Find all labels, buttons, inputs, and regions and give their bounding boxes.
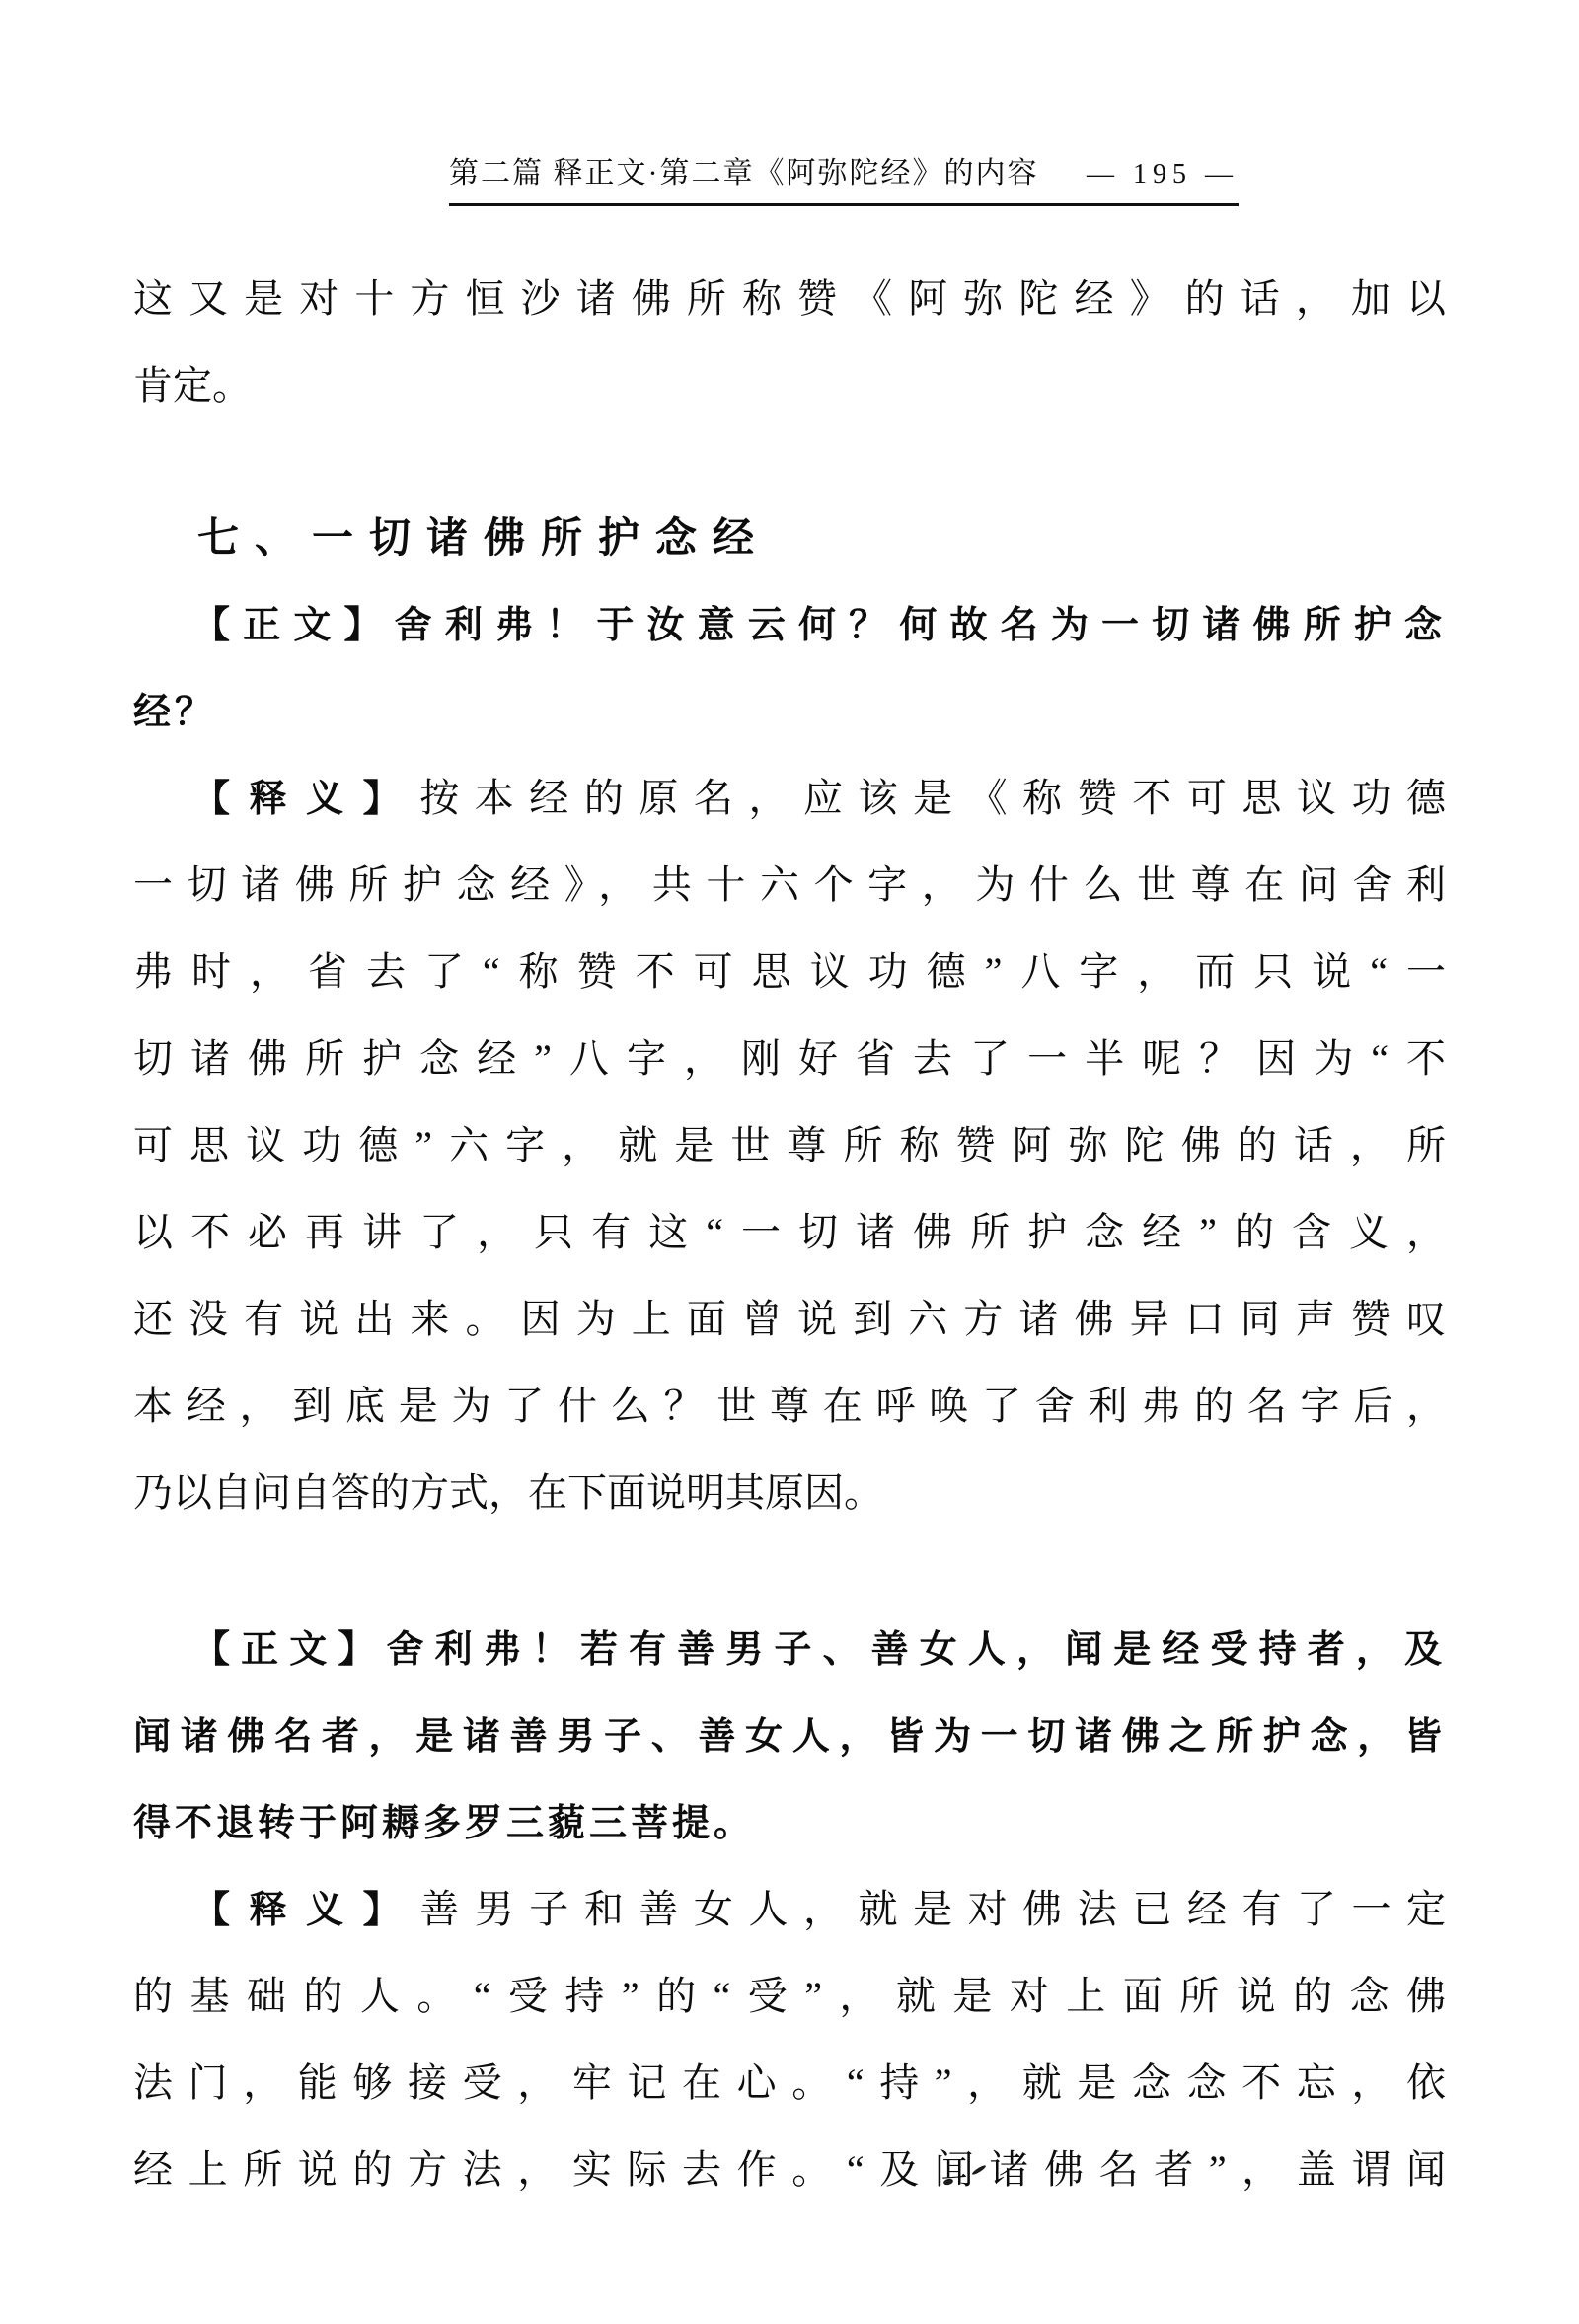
text-line: 【释义】按本经的原名，应该是《称赞不可思议功德 bbox=[133, 755, 1446, 842]
text-line: 一切诸佛所护念经》，共十六个字，为什么世尊在问舍利 bbox=[133, 842, 1446, 929]
text-segment: 法门，能够接受，牢记在心。“持”，就是念念不忘，依 bbox=[133, 2061, 1446, 2105]
text-line: 以不必再讲了，只有这“一切诸佛所护念经”的含义， bbox=[133, 1189, 1446, 1276]
text-line: 经？ bbox=[133, 668, 1446, 755]
body-text: 这又是对十方恒沙诸佛所称赞《阿弥陀经》的话，加以肯定。七、一切诸佛所护念经【正文… bbox=[133, 256, 1446, 2213]
bold-text-segment: 【正文】舍利弗！若有善男子、善女人，闻是经受持者，及 bbox=[192, 1629, 1446, 1671]
text-line: 可思议功德”六字，就是世尊所称赞阿弥陀佛的话，所 bbox=[133, 1102, 1446, 1189]
text-segment: 乃以自问自答的方式，在下面说明其原因。 bbox=[133, 1470, 883, 1515]
text-line: 的基础的人。“受持”的“受”，就是对上面所说的念佛 bbox=[133, 1953, 1446, 2040]
page-number: — 195 — bbox=[1087, 159, 1239, 190]
text-line: 【正文】舍利弗！于汝意云何？何故名为一切诸佛所护念 bbox=[133, 581, 1446, 668]
text-line: 乃以自问自答的方式，在下面说明其原因。 bbox=[133, 1450, 1446, 1537]
section-heading: 七、一切诸佛所护念经 bbox=[133, 494, 1446, 581]
text-line: 【正文】舍利弗！若有善男子、善女人，闻是经受持者，及 bbox=[133, 1606, 1446, 1692]
text-segment: 还没有说出来。因为上面曾说到六方诸佛异口同声赞叹 bbox=[133, 1297, 1446, 1341]
bold-text-segment: 经？ bbox=[133, 692, 216, 733]
text-line: 经上所说的方法，实际去作。“及闻诸佛名者”，盖谓闻 bbox=[133, 2127, 1446, 2213]
bold-text-segment: 【正文】舍利弗！于汝意云何？何故名为一切诸佛所护念 bbox=[192, 605, 1446, 646]
header-title: 第二篇 释正文·第二章《阿弥陀经》的内容 bbox=[449, 148, 1039, 191]
text-segment: 切诸佛所护念经”八字，刚好省去了一半呢？因为“不 bbox=[133, 1036, 1446, 1081]
text-segment: 经上所说的方法，实际去作。“及闻诸佛名者”，盖谓闻 bbox=[133, 2147, 1446, 2192]
text-line: 法门，能够接受，牢记在心。“持”，就是念念不忘，依 bbox=[133, 2040, 1446, 2127]
bold-text-segment: 得不退转于阿耨多罗三藐三菩提。 bbox=[133, 1803, 755, 1844]
text-segment: 善男子和善女人，就是对佛法已经有了一定 bbox=[419, 1887, 1446, 1931]
text-segment: 本经，到底是为了什么？世尊在呼唤了舍利弗的名字后， bbox=[133, 1384, 1446, 1428]
text-segment: 可思议功德”六字，就是世尊所称赞阿弥陀佛的话，所 bbox=[133, 1123, 1446, 1167]
text-segment: 以不必再讲了，只有这“一切诸佛所护念经”的含义， bbox=[133, 1210, 1446, 1254]
bold-text-segment: 闻诸佛名者，是诸善男子、善女人，皆为一切诸佛之所护念，皆 bbox=[133, 1716, 1446, 1758]
running-header: 第二篇 释正文·第二章《阿弥陀经》的内容 — 195 — bbox=[449, 148, 1239, 206]
text-line: 还没有说出来。因为上面曾说到六方诸佛异口同声赞叹 bbox=[133, 1276, 1446, 1363]
bold-text-segment: 【释义】 bbox=[192, 1890, 419, 1931]
text-segment: 这又是对十方恒沙诸佛所称赞《阿弥陀经》的话，加以 bbox=[133, 276, 1446, 321]
text-line: 【释义】善男子和善女人，就是对佛法已经有了一定 bbox=[133, 1866, 1446, 1953]
text-segment: 弗时，省去了“称赞不可思议功德”八字，而只说“一 bbox=[133, 949, 1446, 994]
text-segment: 的基础的人。“受持”的“受”，就是对上面所说的念佛 bbox=[133, 1974, 1446, 2018]
text-line: 得不退转于阿耨多罗三藐三菩提。 bbox=[133, 1779, 1446, 1866]
text-segment: 肯定。 bbox=[133, 363, 252, 408]
text-line: 这又是对十方恒沙诸佛所称赞《阿弥陀经》的话，加以 bbox=[133, 256, 1446, 342]
text-line: 本经，到底是为了什么？世尊在呼唤了舍利弗的名字后， bbox=[133, 1363, 1446, 1450]
book-page: 第二篇 释正文·第二章《阿弥陀经》的内容 — 195 — 这又是对十方恒沙诸佛所… bbox=[0, 0, 1579, 2324]
text-line: 闻诸佛名者，是诸善男子、善女人，皆为一切诸佛之所护念，皆 bbox=[133, 1692, 1446, 1779]
text-segment: 按本经的原名，应该是《称赞不可思议功德 bbox=[419, 776, 1446, 820]
text-line: 弗时，省去了“称赞不可思议功德”八字，而只说“一 bbox=[133, 929, 1446, 1015]
bold-text-segment: 七、一切诸佛所护念经 bbox=[197, 514, 770, 561]
text-line: 肯定。 bbox=[133, 342, 1446, 429]
text-line: 切诸佛所护念经”八字，刚好省去了一半呢？因为“不 bbox=[133, 1015, 1446, 1102]
bold-text-segment: 【释义】 bbox=[192, 779, 419, 820]
text-segment: 一切诸佛所护念经》，共十六个字，为什么世尊在问舍利 bbox=[133, 862, 1446, 907]
